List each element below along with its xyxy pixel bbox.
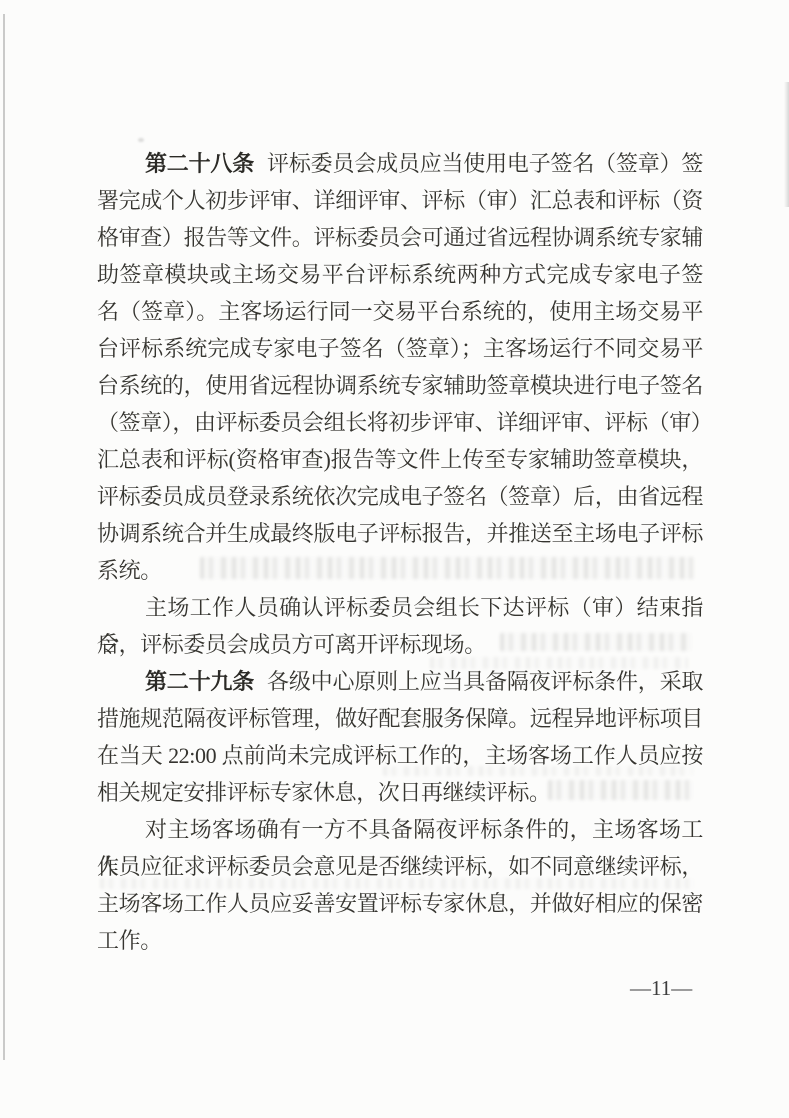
text-line: 协调系统合并生成最终版电子评标报告，并推送至主场电子评标: [97, 515, 703, 552]
article-heading: 第二十九条: [145, 669, 254, 694]
bleedthrough-artifact: [500, 633, 692, 651]
bleedthrough-artifact: [548, 780, 693, 800]
text-line: 第二十八条评标委员会成员应当使用电子签名（签章）签: [97, 145, 703, 182]
text-line: 工作。: [97, 922, 703, 959]
text-line: 助签章模块或主场交易平台评标系统两种方式完成专家电子签: [97, 256, 703, 293]
scan-edge-shadow: [784, 82, 789, 207]
bleedthrough-artifact: [200, 557, 695, 579]
text-line: 措施规范隔夜评标管理，做好配套服务保障。远程异地评标项目: [97, 700, 703, 737]
text-run: 评标委员会成员应当使用电子签名（签章）签: [267, 151, 703, 176]
text-line: 格审查）报告等文件。评标委员会可通过省远程协调系统专家辅: [97, 219, 703, 256]
bleedthrough-artifact: [100, 878, 695, 889]
text-line: 主场客场工作人员应妥善安置评标专家休息，并做好相应的保密: [97, 885, 703, 922]
text-line: 汇总表和评标(资格审查)报告等文件上传至专家辅助签章模块，: [97, 441, 703, 478]
text-line: 对主场客场确有一方不具备隔夜评标条件的，主场客场工作: [97, 811, 703, 848]
text-line: 主场工作人员确认评标委员会组长下达评标（审）结束指令: [97, 589, 703, 626]
text-run: 各级中心原则上应当具备隔夜评标条件，采取: [267, 669, 703, 694]
bleedthrough-artifact: [383, 766, 693, 776]
page-number: —11—: [630, 976, 705, 1000]
text-line: 名（签章）。主客场运行同一交易平台系统的，使用主场交易平: [97, 293, 703, 330]
text-line: 台系统的，使用省远程协调系统专家辅助签章模块进行电子签名: [97, 367, 703, 404]
scan-edge-line: [3, 14, 5, 1060]
text-line: （签章），由评标委员会组长将初步评审、详细评审、评标（审）: [97, 404, 703, 441]
text-line: 评标委员成员登录系统依次完成电子签名（签章）后，由省远程: [97, 478, 703, 515]
text-line: 台评标系统完成专家电子签名（签章）；主客场运行不同交易平: [97, 330, 703, 367]
article-text-block: 第二十八条评标委员会成员应当使用电子签名（签章）签 署完成个人初步评审、详细评审…: [97, 145, 703, 959]
bleedthrough-artifact: [430, 657, 688, 669]
article-heading: 第二十八条: [145, 151, 254, 176]
text-line: 署完成个人初步评审、详细评审、评标（审）汇总表和评标（资: [97, 182, 703, 219]
document-page: 第二十八条评标委员会成员应当使用电子签名（签章）签 署完成个人初步评审、详细评审…: [0, 0, 789, 1118]
scan-speck: [138, 138, 144, 142]
